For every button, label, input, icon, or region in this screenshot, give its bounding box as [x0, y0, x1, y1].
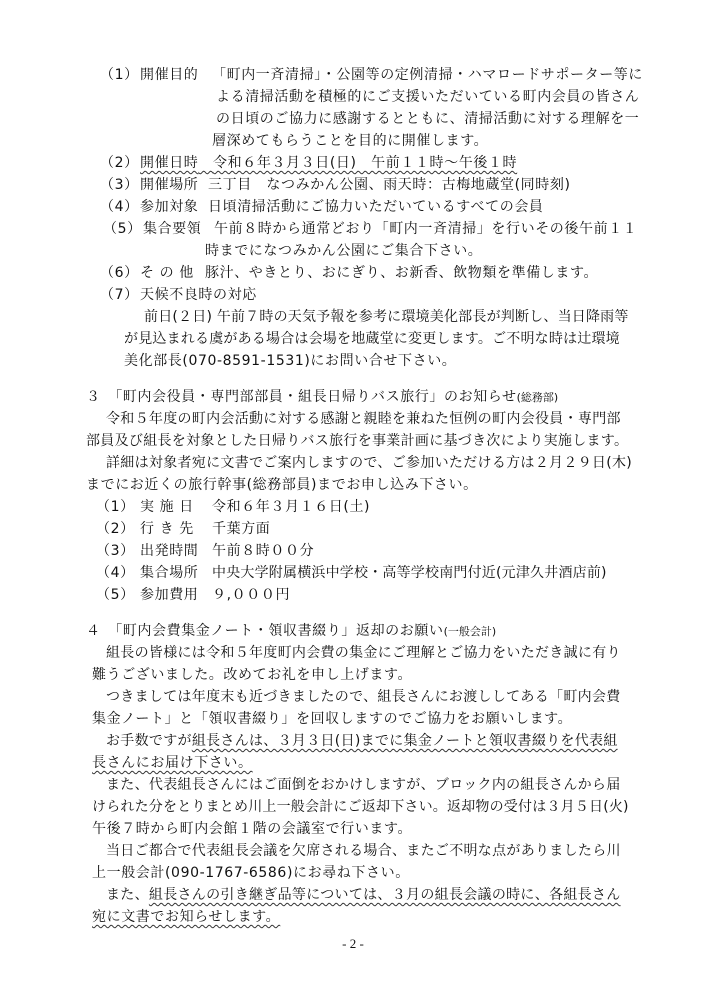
emphasis-underlined: 組長さんは、３月３日(日)までに集金ノートと領収書綴りを代表組 [192, 733, 618, 749]
item-text: 美化部長(070-8591-1531)にお問い合せ下さい。 [124, 352, 456, 370]
paragraph-line: つきましては年度末も近づきましたので、組長さんにお渡ししてある「町内会費 [106, 688, 621, 706]
item-number: （5） [103, 220, 142, 238]
item-value: 日頃清掃活動にご協力いただいているすべての会員 [208, 198, 544, 216]
item-number: （3） [100, 176, 139, 194]
item-number: （2） [100, 154, 139, 172]
trip-item-value: 中央大学附属横浜中学校・高等学校南門付近(元津久井酒店前) [212, 564, 607, 582]
paragraph-line: けられた分をとりまとめ川上一般会計にご返却下さい。返却物の受付は３月５日(火) [92, 798, 629, 816]
paragraph-line: また、代表組長さんにはご面倒をおかけしますが、ブロック内の組長さんから届 [106, 776, 621, 794]
item-text: 前日(２日) 午前７時の天気予報を参考に環境美化部長が判断し、当日降雨等 [144, 308, 629, 326]
paragraph-line: また、組長さんの引き継ぎ品等については、３月の組長会議の時に、各組長さん [106, 886, 621, 904]
trip-item-value: 令和６年３月１６日(土) [212, 498, 370, 516]
item-label: 開催目的 [140, 66, 198, 84]
trip-item-number: （3） [96, 542, 135, 560]
item-text: 「町内一斉清掃」・公園等の定例清掃・ハマロードサポーター等に [212, 66, 643, 84]
trip-item-number: （1） [96, 498, 135, 516]
department-tag: (総務部) [517, 391, 559, 404]
item-label: 開催場所 [140, 176, 198, 194]
item-value: 三丁目 なつみかん公園、雨天時：古梅地蔵堂(同時刻) [208, 176, 571, 194]
item-text: 午前８時から通常どおり「町内一斉清掃」を行いその後午前１１ [214, 220, 637, 238]
item-value: 令和６年３月３日(日) 午前１１時～午後１時 [213, 155, 517, 171]
trip-item-label: 行 き 先 [140, 520, 194, 538]
item-text: 層深めてもらうことを目的に開催します。 [212, 132, 488, 150]
trip-item-number: （4） [96, 564, 135, 582]
item-text: よる清掃活動を積極的にご支援いただいている町内会員の皆さん [216, 88, 639, 106]
paragraph-line: 午後７時から町内会館１階の会議室で行います。 [92, 820, 412, 838]
paragraph-line: 集金ノート」と「領収書綴り」を回収しますのでご協力をお願いします。 [92, 710, 572, 728]
trip-item-value: 午前８時００分 [212, 542, 314, 560]
paragraph-line: 部員及び組長を対象とした日帰りバス旅行を事業計画に基づき次により実施します。 [86, 432, 628, 450]
paragraph-line: 組長の皆様には令和５年度町内会費の集金にご理解とご協力をいただき誠に有り [106, 644, 621, 662]
trip-item-number: （2） [96, 520, 135, 538]
item-text: 時までになつみかん公園にご集合下さい。 [205, 242, 482, 260]
paragraph-line: 当日ご都合で代表組長会議を欠席される場合、またご不明な点がありましたら川 [106, 842, 621, 860]
section-title: ３ 「町内会役員・専門部部員・組長日帰りバス旅行」のお知らせ(総務部) [86, 388, 558, 407]
paragraph-line: 上一般会計(090-1767-6586)にお尋ね下さい。 [92, 864, 410, 882]
paragraph-line: 難うございました。改めてお礼を申し上げます。 [92, 666, 412, 684]
section-title: ４ 「町内会費集金ノート・領収書綴り」返却のお願い(一般会計) [86, 622, 496, 641]
emphasis-underlined: 宛に文書でお知らせします。 [92, 908, 280, 926]
paragraph-line: お手数ですが組長さんは、３月３日(日)までに集金ノートと領収書綴りを代表組 [106, 732, 618, 750]
emphasis-underlined: 長さんにお届け下さい。 [92, 754, 253, 772]
department-tag: (一般会計) [444, 625, 497, 638]
item-value: 豚汁、やきとり、おにぎり、お新香、飲物類を準備します。 [205, 264, 598, 282]
item-number: （1） [100, 67, 139, 83]
trip-item-number: （5） [96, 586, 135, 604]
trip-item-value: ９,０００円 [212, 586, 290, 604]
item-label: 開催日時 [140, 155, 198, 171]
paragraph-line: 令和５年度の町内会活動に対する感謝と親睦を兼ねた恒例の町内会役員・専門部 [106, 410, 621, 428]
item-number: （6） [100, 264, 139, 282]
paragraph-line: 詳細は対象者宛に文書でご案内しますので、ご参加いただける方は２月２９日(木) [106, 454, 632, 472]
item-label: 集合要領 [143, 220, 201, 238]
trip-item-value: 千葉方面 [212, 520, 270, 538]
trip-item-label: 出発時間 [140, 542, 198, 560]
item-label: 参加対象 [140, 198, 198, 216]
item-label: 天候不良時の対応 [140, 286, 257, 304]
paragraph-line: までにお近くの旅行幹事(総務部員)までお申し込み下さい。 [86, 476, 478, 494]
item-text: が見込まれる虞がある場合は会場を地蔵堂に変更します。ご不明な時は辻環境 [124, 330, 620, 348]
trip-item-label: 集合場所 [140, 564, 198, 582]
item-number: （4） [100, 198, 139, 216]
page-number: - 2 - [0, 936, 706, 952]
item-text: の日頃のご協力に感謝するとともに、清掃活動に対する理解を一 [216, 110, 639, 128]
trip-item-label: 参加費用 [140, 586, 198, 604]
emphasis-underlined: 組長さんの引き継ぎ品等については、３月の組長会議の時に、各組長さん [149, 887, 621, 903]
trip-item-label: 実 施 日 [140, 498, 194, 516]
item-number: （7） [100, 286, 139, 304]
item-label: そ の 他 [140, 264, 194, 282]
